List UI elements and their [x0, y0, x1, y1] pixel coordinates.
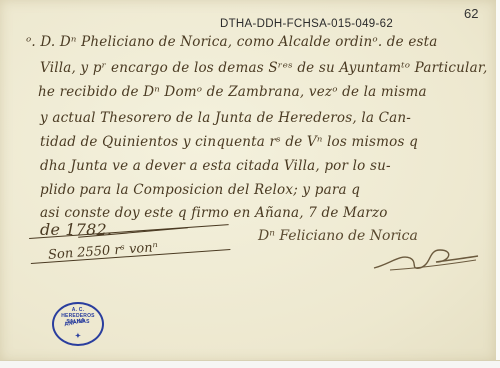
- signature-rubric-icon: [370, 244, 480, 272]
- archive-reference-code: DTHA-DDH-FCHSA-015-049-62: [220, 18, 393, 30]
- archive-stamp: A. C. HEREDEROS SALINAS AÑANA ✦: [52, 302, 104, 346]
- page-number: 62: [464, 6, 478, 21]
- text-line-6: dha Junta ve a dever a esta citada Villa…: [40, 158, 391, 174]
- text-line-8: asi conste doy este q firmo en Añana, 7 …: [40, 205, 388, 221]
- text-line-7: plido para la Composicion del Relox; y p…: [40, 182, 360, 198]
- stamp-star-icon: ✦: [75, 332, 81, 340]
- text-line-4: y actual Thesorero de la Junta de Herede…: [40, 110, 411, 126]
- text-line-1: ᵒ. D. Dⁿ Phelicіano de Norica, como Alca…: [26, 34, 438, 50]
- page-bottom-edge: [0, 360, 500, 368]
- text-line-5: tidad de Quinientos y cinquenta rˢ de Vⁿ…: [40, 134, 418, 150]
- text-line-3: he recibido de Dⁿ Domᵒ de Zambrana, vezᵒ…: [38, 84, 427, 100]
- text-line-2: Villa, y pʳ encargo de los demas Sʳᵉˢ de…: [40, 60, 488, 76]
- signature-name: Dⁿ Feliciano de Norica: [258, 228, 418, 244]
